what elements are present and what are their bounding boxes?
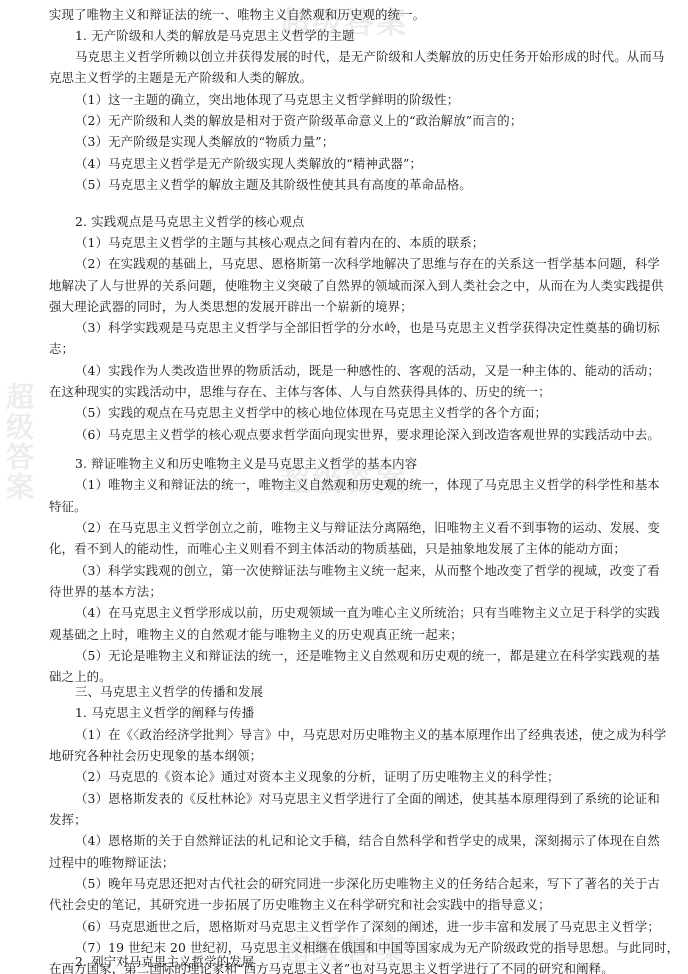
text-line: 1. 马克思主义哲学的阐释与传播 [75, 705, 645, 721]
text-line: 克思主义哲学的主题是无产阶级和人类的解放。 [49, 70, 645, 86]
text-line: （5）实践的观点在马克思主义哲学中的核心地位体现在马克思主义哲学的各个方面； [75, 405, 645, 421]
document-body: 实现了唯物主义和辩证法的统一、唯物主义自然观和历史观的统一。1. 无产阶级和人类… [0, 0, 688, 974]
text-line: （5）马克思主义哲学的解放主题及其阶级性使其具有高度的革命品格。 [75, 177, 645, 193]
text-line: 特征。 [49, 499, 645, 515]
text-line: 础之上的。 [49, 669, 645, 685]
document-page: 超级答案 超级答案 超级答案 超级答案 实现了唯物主义和辩证法的统一、唯物主义自… [0, 0, 688, 974]
text-line: （4）实践作为人类改造世界的物质活动，既是一种感性的、客观的活动，又是一种主体的… [75, 363, 645, 379]
text-line: 发挥； [49, 812, 645, 828]
text-line: （4）恩格斯的关于自然辩证法的札记和论文手稿，结合自然科学和哲学史的成果，深刻揭… [75, 833, 645, 849]
text-line: （1）在《〈政治经济学批判〉导言》中，马克思对历史唯物主义的基本原理作出了经典表… [75, 727, 645, 743]
text-line: 2. 列宁对马克思主义哲学的发展 [75, 954, 645, 970]
text-line: 强大理论武器的同时，为人类思想的发展开辟出一个崭新的境界； [49, 299, 645, 315]
text-line: 实现了唯物主义和辩证法的统一、唯物主义自然观和历史观的统一。 [49, 7, 645, 23]
text-line: 三、马克思主义哲学的传播和发展 [75, 684, 645, 700]
text-line: （5）无论是唯物主义和辩证法的统一，还是唯物主义自然观和历史观的统一，都是建立在… [75, 648, 645, 664]
text-line: 地解决了人与世界的关系问题，使唯物主义突破了自然界的领域而深入到人类社会之中，从… [49, 278, 645, 294]
text-line: 在这种现实的实践活动中，思维与存在、主体与客体、人与自然获得具体的、历史的统一； [49, 384, 645, 400]
text-line: 1. 无产阶级和人类的解放是马克思主义哲学的主题 [75, 28, 645, 44]
text-line: （3）恩格斯发表的《反杜林论》对马克思主义哲学进行了全面的阐述，使其基本原理得到… [75, 791, 645, 807]
text-line: （3）无产阶级是实现人类解放的“物质力量”； [75, 134, 645, 150]
text-line: （6）马克思逝世之后，恩格斯对马克思主义哲学作了深刻的阐述，进一步丰富和发展了马… [75, 919, 645, 935]
text-line: （4）马克思主义哲学是无产阶级实现人类解放的“精神武器”； [75, 156, 645, 172]
text-line: 待世界的基本方法； [49, 584, 645, 600]
text-line: 观基础之上时，唯物主义的自然观才能与唯物主义的历史观真正统一起来； [49, 627, 645, 643]
text-line: （2）无产阶级和人类的解放是相对于资产阶级革命意义上的“政治解放”而言的； [75, 113, 645, 129]
text-line: （2）马克思的《资本论》通过对资本主义现象的分析，证明了历史唯物主义的科学性； [75, 769, 645, 785]
text-line: 代社会史的笔记，其研究进一步拓展了历史唯物主义在科学研究和社会实践中的指导意义； [49, 897, 645, 913]
text-line: （2）在实践观的基础上，马克思、恩格斯第一次科学地解决了思维与存在的关系这一哲学… [75, 256, 645, 272]
text-line: （3）科学实践观的创立，第一次使辩证法与唯物主义统一起来，从而整个地改变了哲学的… [75, 563, 645, 579]
text-line: （4）在马克思主义哲学形成以前，历史观领域一直为唯心主义所统治；只有当唯物主义立… [75, 605, 645, 621]
text-line: 过程中的唯物辩证法； [49, 855, 645, 871]
text-line: 3. 辩证唯物主义和历史唯物主义是马克思主义哲学的基本内容 [75, 456, 645, 472]
text-line: 志； [49, 341, 645, 357]
text-line: （1）这一主题的确立，突出地体现了马克思主义哲学鲜明的阶级性； [75, 92, 645, 108]
text-line: 马克思主义哲学所赖以创立并获得发展的时代，是无产阶级和人类解放的历史任务开始形成… [75, 49, 645, 65]
text-line: 地研究各种社会历史现象的基本纲领； [49, 748, 645, 764]
text-line: （1）唯物主义和辩证法的统一，唯物主义自然观和历史观的统一，体现了马克思主义哲学… [75, 477, 645, 493]
text-line: 化，看不到人的能动性，而唯心主义则看不到主体活动的物质基础，只是抽象地发展了主体… [49, 541, 645, 557]
text-line: （1）马克思主义哲学的主题与其核心观点之间有着内在的、本质的联系； [75, 235, 645, 251]
text-line: 2. 实践观点是马克思主义哲学的核心观点 [75, 214, 645, 230]
text-line: （6）马克思主义哲学的核心观点要求哲学面向现实世界，要求理论深入到改造客观世界的… [75, 427, 645, 443]
text-line: （3）科学实践观是马克思主义哲学与全部旧哲学的分水岭，也是马克思主义哲学获得决定… [75, 320, 645, 336]
text-line: （5）晚年马克思还把对古代社会的研究同进一步深化历史唯物主义的任务结合起来，写下… [75, 876, 645, 892]
text-line: （2）在马克思主义哲学创立之前，唯物主义与辩证法分离隔绝，旧唯物主义看不到事物的… [75, 520, 645, 536]
